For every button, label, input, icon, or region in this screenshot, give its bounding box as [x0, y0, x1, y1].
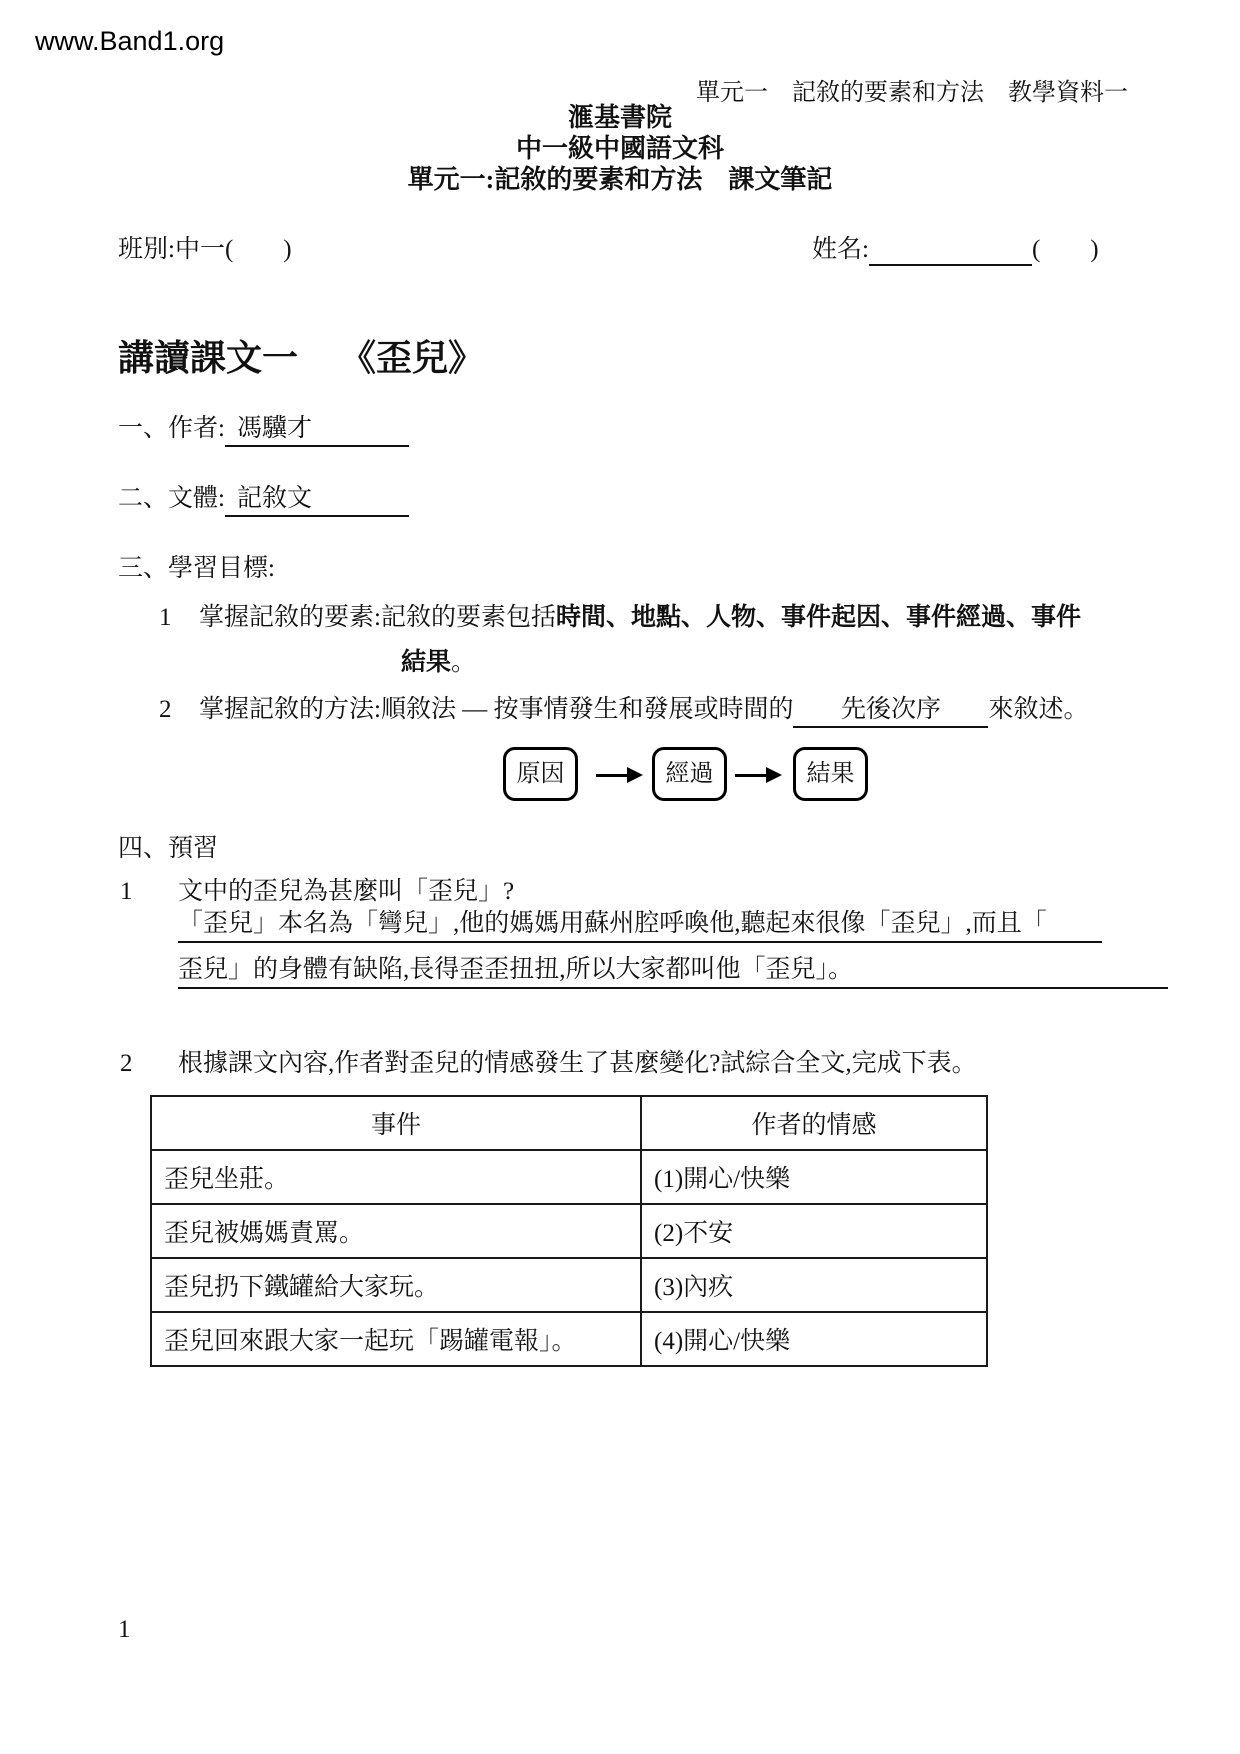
answer1-line2: 歪兒」的身體有缺陷,長得歪歪扭扭,所以大家都叫他「歪兒」。	[178, 952, 1168, 989]
objective1-bold2: 結果	[401, 649, 451, 676]
event-cell: 歪兒坐莊。	[151, 1150, 641, 1204]
preview-section-label: 四、預習	[118, 833, 218, 865]
feelings-table: 事件 作者的情感 歪兒坐莊。 (1)開心/快樂 歪兒被媽媽責罵。 (2)不安 歪…	[150, 1095, 988, 1367]
objective1-number: 1	[159, 602, 172, 634]
objective2-blank: 先後次序	[793, 694, 988, 728]
school-name: 滙基書院	[0, 102, 1240, 133]
genre-line: 二、文體:記敘文	[118, 483, 409, 517]
flow-box-process: 經過	[652, 747, 727, 801]
table-row: 歪兒回來跟大家一起玩「踢罐電報」。 (4)開心/快樂	[151, 1312, 987, 1366]
table-row: 歪兒被媽媽責罵。 (2)不安	[151, 1204, 987, 1258]
arrow-right-icon	[735, 774, 767, 777]
name-blank	[869, 236, 1032, 266]
name-field: 姓名:( )	[812, 234, 1099, 266]
objective2-line: 掌握記敘的方法:順敘法 — 按事情發生和發展或時間的先後次序來敘述。	[199, 694, 1088, 728]
author-label: 一、作者:	[118, 415, 225, 442]
name-paren: ( )	[1032, 236, 1099, 263]
objective1-tail: 。	[451, 649, 476, 676]
objective1-line1: 掌握記敘的要素:記敘的要素包括時間、地點、人物、事件起因、事件經過、事件	[199, 602, 1081, 634]
event-cell: 歪兒被媽媽責罵。	[151, 1204, 641, 1258]
class-field: 班別:中一( )	[118, 234, 292, 266]
genre-blank: 記敘文	[225, 483, 409, 517]
title-block: 滙基書院 中一級中國語文科 單元一:記敘的要素和方法 課文筆記	[0, 102, 1240, 195]
author-line: 一、作者:馮驥才	[118, 413, 409, 447]
feeling-cell: (3)內疚	[641, 1258, 987, 1312]
table-header-feeling: 作者的情感	[641, 1096, 987, 1150]
unit-title: 單元一:記敘的要素和方法 課文筆記	[0, 164, 1240, 195]
question2-number: 2	[120, 1048, 133, 1080]
lesson-heading-title: 《歪兒》	[340, 338, 484, 378]
event-cell: 歪兒回來跟大家一起玩「踢罐電報」。	[151, 1312, 641, 1366]
table-header-row: 事件 作者的情感	[151, 1096, 987, 1150]
feeling-cell: (2)不安	[641, 1204, 987, 1258]
arrow-right-icon	[596, 774, 628, 777]
feeling-cell: (1)開心/快樂	[641, 1150, 987, 1204]
table-header-event: 事件	[151, 1096, 641, 1150]
feeling-cell: (4)開心/快樂	[641, 1312, 987, 1366]
watermark-url: www.Band1.org	[35, 26, 224, 57]
lesson-heading-prefix: 講讀課文一	[118, 338, 298, 378]
objective2-number: 2	[159, 694, 172, 726]
objective1-bold: 時間、地點、人物、事件起因、事件經過、事件	[556, 604, 1081, 631]
question1-number: 1	[120, 876, 133, 908]
worksheet-page: www.Band1.org 單元一 記敘的要素和方法 教學資料一 滙基書院 中一…	[0, 0, 1240, 1754]
name-label: 姓名:	[812, 236, 869, 263]
page-number: 1	[118, 1616, 131, 1644]
objective1-line2: 結果。	[401, 647, 476, 679]
objective2-pre: 掌握記敘的方法:順敘法 — 按事情發生和發展或時間的	[199, 696, 793, 723]
flow-box-cause: 原因	[503, 747, 578, 801]
event-cell: 歪兒扔下鐵罐給大家玩。	[151, 1258, 641, 1312]
subject-name: 中一級中國語文科	[0, 133, 1240, 164]
objectives-label: 三、學習目標:	[118, 553, 275, 585]
question1-text: 文中的歪兒為甚麼叫「歪兒」?	[178, 876, 514, 908]
objective1-normal: 掌握記敘的要素:記敘的要素包括	[199, 604, 556, 631]
answer1-line1: 「歪兒」本名為「彎兒」,他的媽媽用蘇州腔呼喚他,聽起來很像「歪兒」,而且「	[178, 906, 1102, 943]
genre-label: 二、文體:	[118, 485, 225, 512]
question2-text: 根據課文內容,作者對歪兒的情感發生了甚麼變化?試綜合全文,完成下表。	[178, 1048, 977, 1080]
table-row: 歪兒坐莊。 (1)開心/快樂	[151, 1150, 987, 1204]
flow-box-result: 結果	[793, 747, 868, 801]
lesson-heading: 講讀課文一《歪兒》	[118, 330, 484, 381]
author-blank: 馮驥才	[225, 413, 409, 447]
objective2-post: 來敘述。	[988, 696, 1088, 723]
table-row: 歪兒扔下鐵罐給大家玩。 (3)內疚	[151, 1258, 987, 1312]
